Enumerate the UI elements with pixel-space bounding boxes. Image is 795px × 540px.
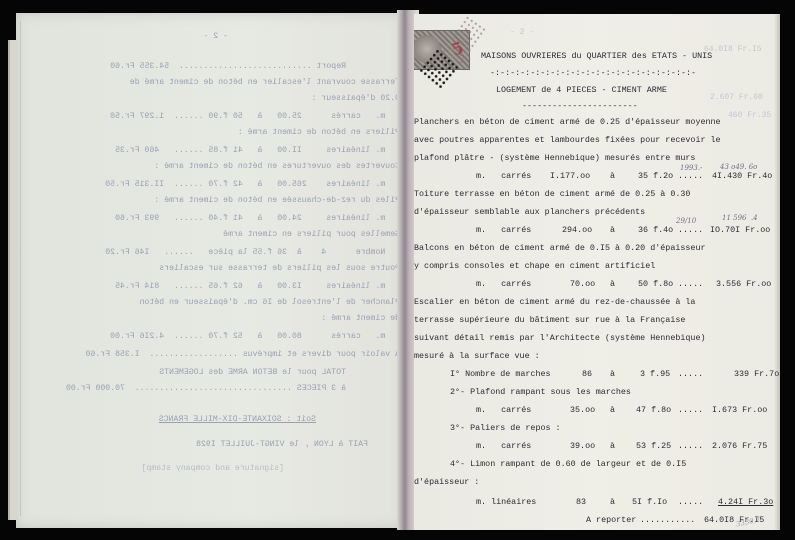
item-price: 50 f.8o [638,280,673,288]
item-dots: ..... [678,280,703,288]
left-line: m. linéaires I3.00 à 62 f.65 ...... 814 … [115,283,400,291]
item-total: IO.70I Fr.oo [710,226,770,234]
item-quantity: 39.oo [570,442,595,450]
item-description: Escalier en béton de ciment armé du rez-… [414,298,695,306]
item-dots: ..... [678,226,703,234]
left-line: Semelles pour piliers en ciment armé [223,231,400,239]
left-line: de ciment armé : [321,315,400,323]
left-line: m. carrés 80.00 à 52 f.70 ...... 4.2I6 F… [110,333,400,341]
item-quantity: 294.oo [562,226,592,234]
left-line: 0.20 d'épaisseur : [312,95,400,103]
left-line: A valoir pour divers et imprévus .......… [86,351,400,359]
bleed-through-text: 460 Fr.35 [728,111,771,120]
sub-item-label: 3°- Paliers de repos : [450,424,561,432]
item-quantity: 83 [576,498,586,506]
left-page: - 2 - Report ...........................… [16,13,404,528]
item-total: 2.076 Fr.75 [712,442,767,450]
left-line: Poutre sous les piliers de terrasse sur … [159,265,400,273]
item-price: 5I f.Io [632,498,667,506]
item-description: avec poutres apparentes et lambourdes fi… [414,136,721,144]
carry-forward-dots: ........... [640,516,695,524]
bleed-through-text: 64.0I8 Fr.I5 [704,45,762,54]
page-edge [774,14,780,530]
item-at: à [610,442,615,450]
item-description: mesuré à la surface vue : [414,352,540,360]
item-description: y compris consoles et chape en ciment ar… [414,262,655,270]
item-dots: ..... [678,370,703,378]
item-total: 4.24I Fr.3o [718,498,773,506]
sub-item-label: 4°- Limon rampant de 0.60 de largeur et … [450,460,686,468]
left-line: Terrasse couvrant l'escalier en béton de… [130,79,400,87]
document-title: MAISONS OUVRIERES du QUARTIER des ETATS … [481,52,712,60]
left-line: m. linéaires 265.00 à 42 f.70 ...... II.… [105,181,400,189]
item-unit: m. carrés [476,406,531,414]
left-line: Report ........................... 54.35… [110,63,346,71]
handwritten-note: 11 596 .4 [722,214,758,222]
item-description: Toiture terrasse en béton de ciment armé… [414,190,690,198]
bleed-through-text: - 2 - [510,28,534,37]
item-description: terrasse supérieure du bâtiment sur rue … [414,316,685,324]
item-description: suivant détail remis par l'Architecte (s… [414,334,706,342]
item-dots: ..... [678,172,703,180]
item-unit: m. carrés [476,172,531,180]
item-price: 35 f.2o [638,172,673,180]
item-quantity: I.177.oo [550,172,590,180]
left-line: TOTAL pour le BETON ARME des LOGEMENTS [159,369,346,377]
bleed-through-text: 2.607 Fr.60 [710,93,763,102]
left-line: m. carrés 25.00 à 50 f.90 ...... 1.297 F… [110,113,400,121]
left-line: Couvertes des ouvertures en béton de cim… [154,163,400,171]
item-total: 4I.430 Fr.4o [712,172,772,180]
item-quantity: 35.oo [570,406,595,414]
left-page-mirrored-text: - 2 - Report ...........................… [16,13,404,528]
item-price: 3 f.95 [640,370,670,378]
item-dots: ..... [678,406,703,414]
item-unit: m. carrés [476,442,531,450]
item-unit: m. carrés [476,280,531,288]
left-line: FAIT à LYON , le VINGT-JUILLET I928 [196,441,368,449]
left-line: à 3 PIECES .............................… [66,385,346,393]
left-page-number: - 2 - [203,33,228,41]
item-unit: m. carrés [476,226,531,234]
document-subtitle: LOGEMENT de 4 PIECES - CIMENT ARME [496,86,667,94]
item-description: plafond plâtre - (système Hennebique) me… [414,154,695,162]
item-at: à [610,226,615,234]
sub-item-label: d'épaisseur : [414,478,479,486]
item-price: 47 f.8o [636,406,671,414]
item-unit: m. linéaires [476,498,536,506]
carry-forward-label: A reporter [586,516,636,524]
handwritten-note: 29/10 [676,217,696,225]
item-description: Planchers en béton de ciment armé de 0.2… [414,118,721,126]
title-separator: -:-:-:-:-:-:-:-:-:-:-:-:-:-:-:-:-:-:-:-:… [490,69,696,77]
item-at: à [610,498,615,506]
item-quantity: 86 [582,370,592,378]
item-at: à [610,172,615,180]
handwritten-note: 43 o49. 6o [720,163,757,171]
item-description: d'épaisseur semblable aux planchers préc… [414,208,645,216]
right-page: - 2 - 64.0I8 Fr.I5 2.607 Fr.60 460 Fr.35… [414,14,780,530]
left-line: m. linéaires II.00 à 41 f.85 ...... 460 … [115,147,400,155]
left-line: Plancher de l'entresol de I6 cm. d'épais… [140,299,400,307]
item-price: 53 f.25 [636,442,671,450]
item-total: 3.556 Fr.oo [716,280,771,288]
left-line: Nombre 4 à 36 f.55 la pièce ...... I46 F… [105,249,400,257]
subtitle-rule: ----------------------- [522,102,638,110]
left-signature: [signature and company stamp] [142,465,285,473]
left-line: Soit : SOIXANTE-DIX-MILLE FRANCS [159,416,316,424]
item-total: I.673 Fr.oo [712,406,767,414]
left-line: m. linéaires 24.00 à 41 f.40 ...... 993 … [115,215,400,223]
sub-item-label: I° Nombre de marches [450,370,551,378]
sub-item-label: 2°- Plafond rampant sous les marches [450,388,631,396]
item-at: à [610,370,615,378]
item-dots: ..... [678,498,703,506]
item-at: à [610,280,615,288]
item-quantity: 70.oo [570,280,595,288]
item-price: 36 f.4o [638,226,673,234]
item-dots: ..... [678,442,703,450]
item-description: Balcons en béton de ciment armé de 0.I5 … [414,244,706,252]
handwritten-note: 1993.- [680,164,702,172]
left-line: Piles du rez-de-chaussée en béton de cim… [154,197,400,205]
left-line: Piliers en béton de ciment armé : [238,129,400,137]
item-total: 339 Fr.7o [734,370,779,378]
item-at: à [610,406,615,414]
